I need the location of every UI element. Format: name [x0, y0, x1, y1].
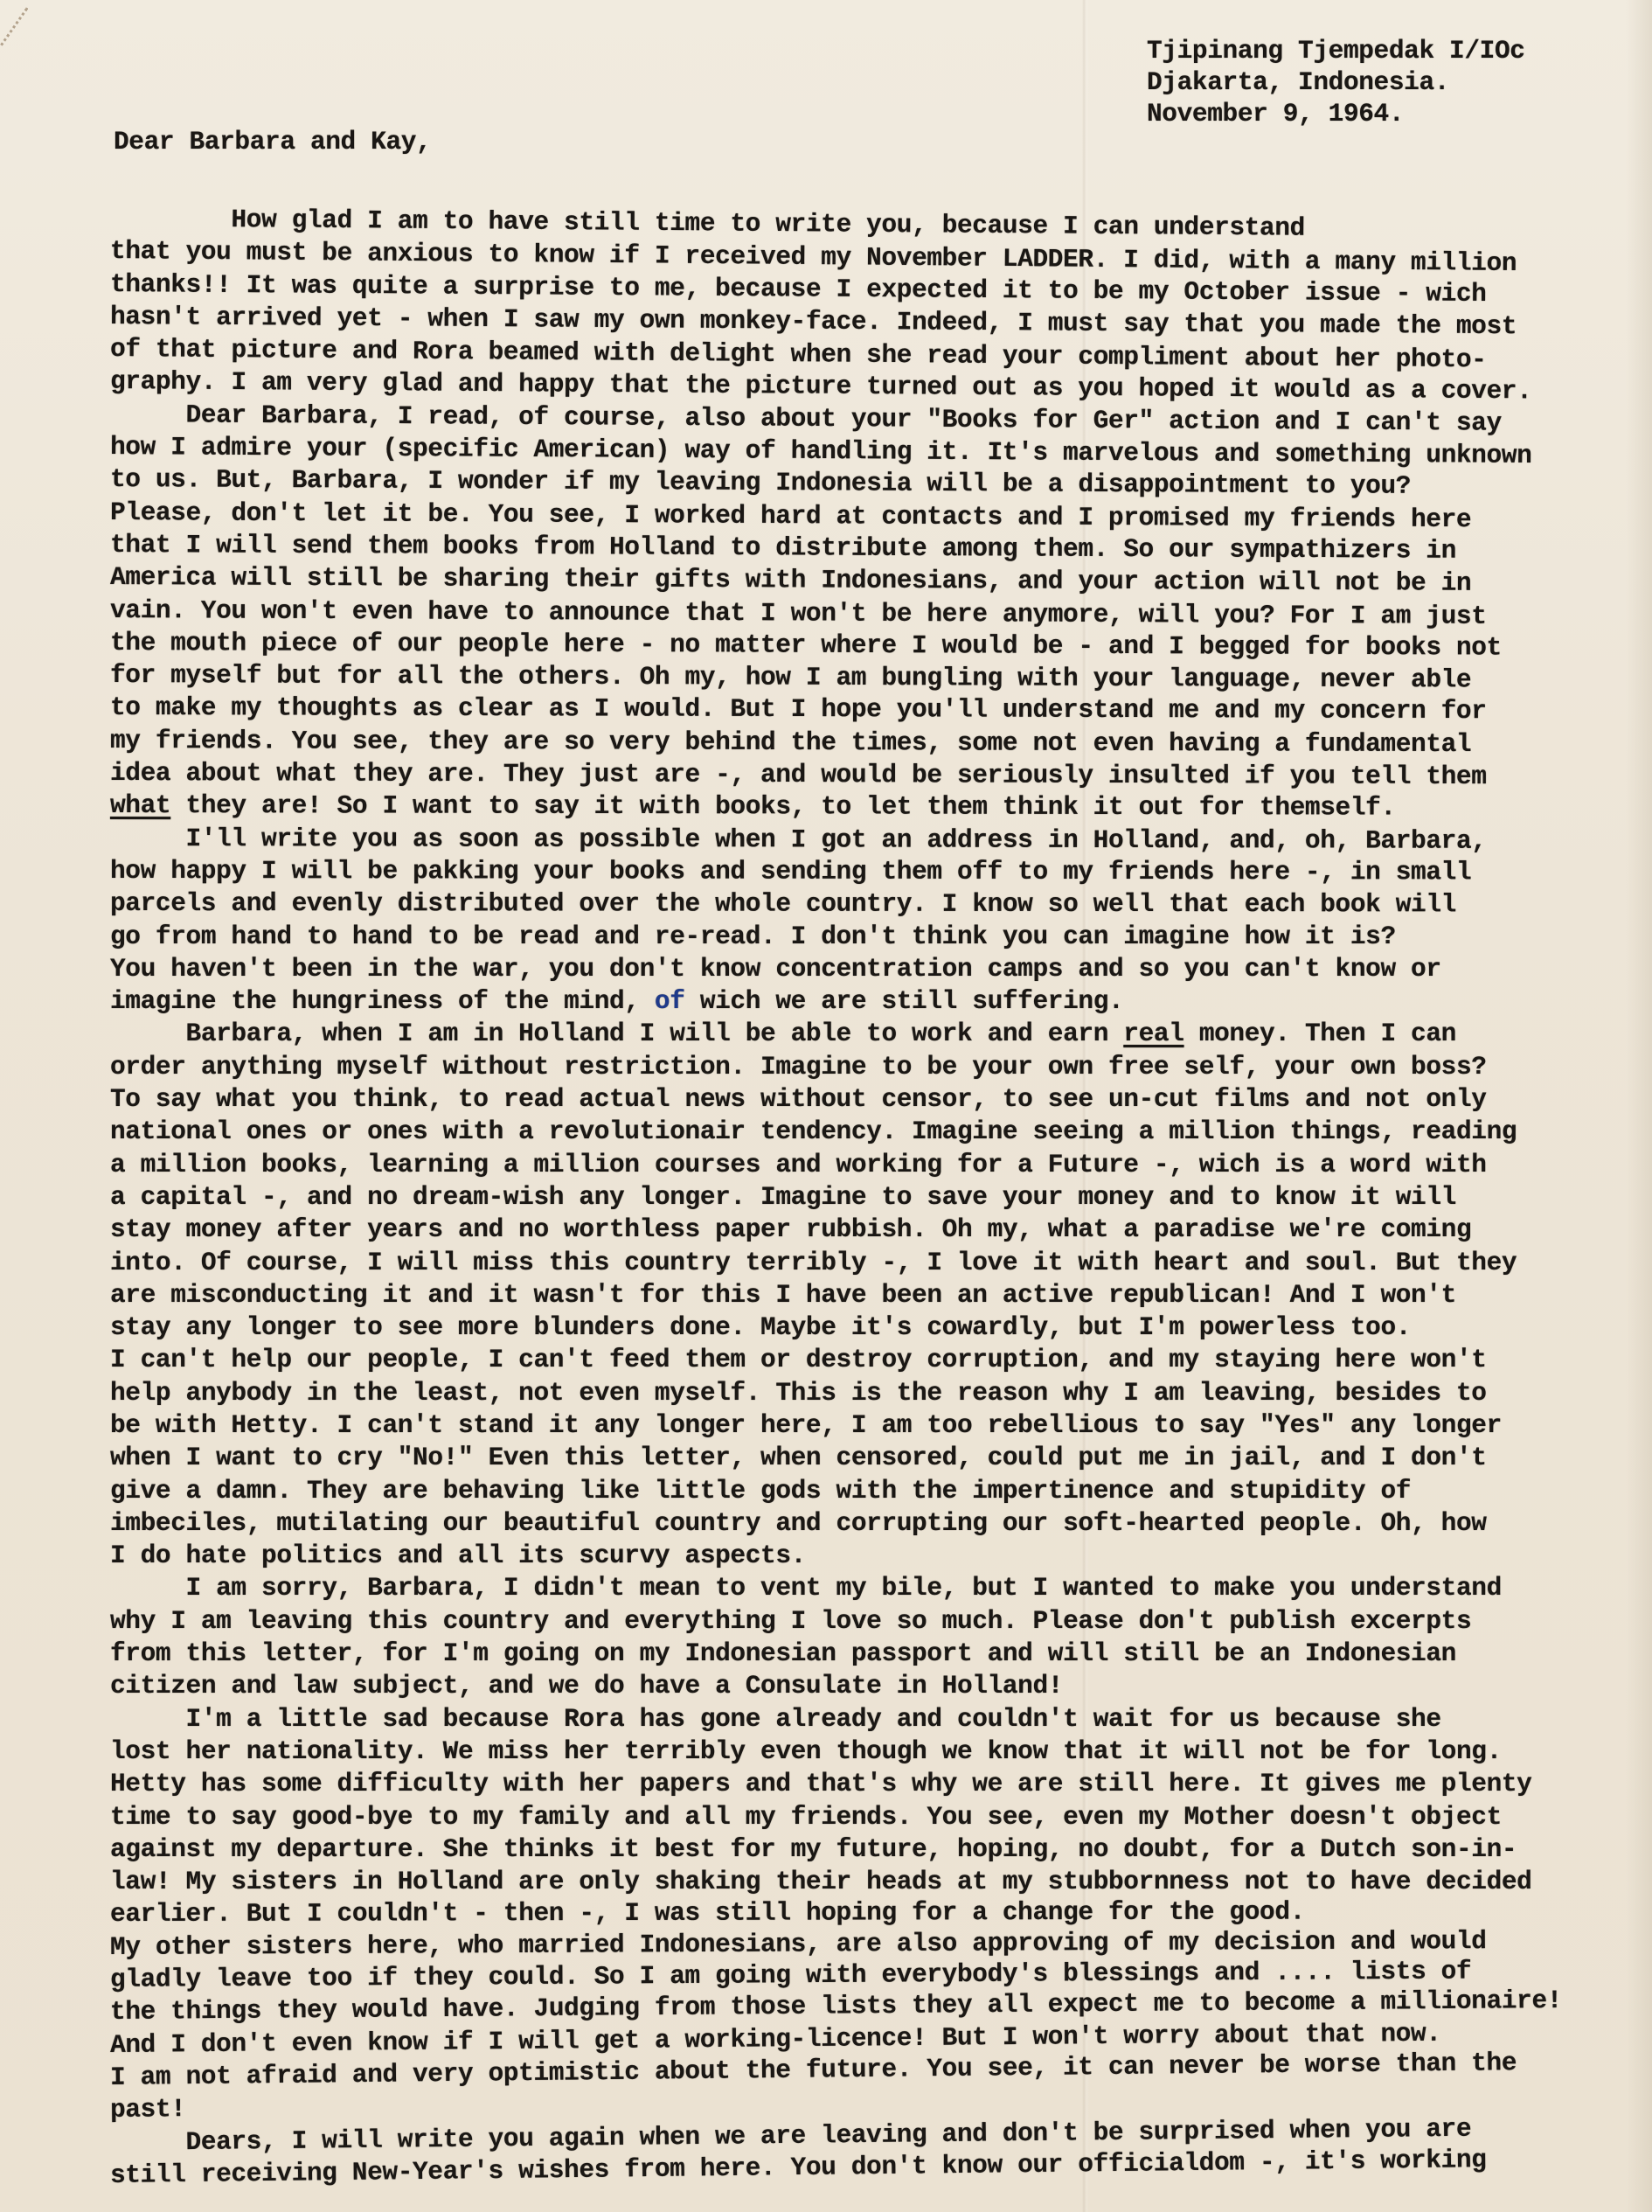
letter-line: a capital -, and no dream-wish any longe… [110, 1181, 1640, 1214]
letter-line: stay money after years and no worthless … [110, 1214, 1640, 1246]
letter-line: into. Of course, I will miss this countr… [110, 1247, 1640, 1279]
letter-line: give a damn. They are behaving like litt… [110, 1475, 1640, 1507]
letter-line: parcels and evenly distributed over the … [110, 887, 1640, 922]
address-line-city: Djakarta, Indonesia. [1147, 66, 1525, 98]
letter-line: I am sorry, Barbara, I didn't mean to ve… [110, 1572, 1640, 1604]
sender-address-block: Tjipinang Tjempedak I/IOc Djakarta, Indo… [1147, 35, 1525, 129]
letter-line: my friends. You see, they are so very be… [110, 725, 1640, 762]
letter-line: To say what you think, to read actual ne… [110, 1083, 1640, 1116]
letter-line: when I want to cry "No!" Even this lette… [110, 1442, 1640, 1474]
letter-line: I'll write you as soon as possible when … [110, 823, 1640, 858]
letter-line: idea about what they are. They just are … [110, 757, 1640, 794]
letter-line: against my departure. She thinks it best… [110, 1833, 1640, 1866]
letter-line: Barbara, when I am in Holland I will be … [110, 1018, 1640, 1050]
letter-line: to make my thoughts as clear as I would.… [110, 692, 1640, 728]
letter-line: lost her nationality. We miss her terrib… [110, 1736, 1640, 1768]
letter-line: the mouth piece of our people here - no … [110, 627, 1640, 664]
letter-line: law! My sisters in Holland are only shak… [110, 1866, 1640, 1898]
letter-line: what they are! So I want to say it with … [110, 790, 1640, 824]
salutation: Dear Barbara and Kay, [114, 127, 431, 157]
letter-date: November 9, 1964. [1147, 98, 1525, 129]
letter-line: national ones or ones with a revolutiona… [110, 1116, 1640, 1148]
letter-line: citizen and law subject, and we do have … [110, 1670, 1640, 1702]
letter-line: go from hand to hand to be read and re-r… [110, 921, 1640, 953]
letter-body: How glad I am to have still time to writ… [110, 203, 1640, 2192]
letter-line: from this letter, for I'm going on my In… [110, 1638, 1640, 1670]
underlined-word: real [1123, 1019, 1183, 1048]
letter-line: I can't help our people, I can't feed th… [110, 1344, 1640, 1376]
pen-correction: of [655, 986, 685, 1016]
letter-line: be with Hetty. I can't stand it any long… [110, 1409, 1640, 1442]
letter-line: I do hate politics and all its scurvy as… [110, 1540, 1640, 1572]
letter-line: You haven't been in the war, you don't k… [110, 953, 1640, 985]
letter-line: imagine the hungriness of the mind, of w… [110, 985, 1640, 1018]
letter-line: help anybody in the least, not even myse… [110, 1377, 1640, 1409]
letter-line: order anything myself without restrictio… [110, 1051, 1640, 1083]
letter-line: why I am leaving this country and everyt… [110, 1605, 1640, 1638]
letter-line: are misconducting it and it wasn't for t… [110, 1279, 1640, 1311]
letter-line: stay any longer to see more blunders don… [110, 1311, 1640, 1344]
letter-line: Hetty has some difficulty with her paper… [110, 1768, 1640, 1800]
letter-line: imbeciles, mutilating our beautiful coun… [110, 1507, 1640, 1540]
letter-line: how happy I will be pakking your books a… [110, 855, 1640, 889]
address-line-street: Tjipinang Tjempedak I/IOc [1147, 35, 1525, 66]
letter-line: I'm a little sad because Rora has gone a… [110, 1703, 1640, 1736]
letter-line: a million books, learning a million cour… [110, 1149, 1640, 1181]
letter-line: time to say good-bye to my family and al… [110, 1801, 1640, 1833]
underlined-word: what [110, 790, 170, 820]
